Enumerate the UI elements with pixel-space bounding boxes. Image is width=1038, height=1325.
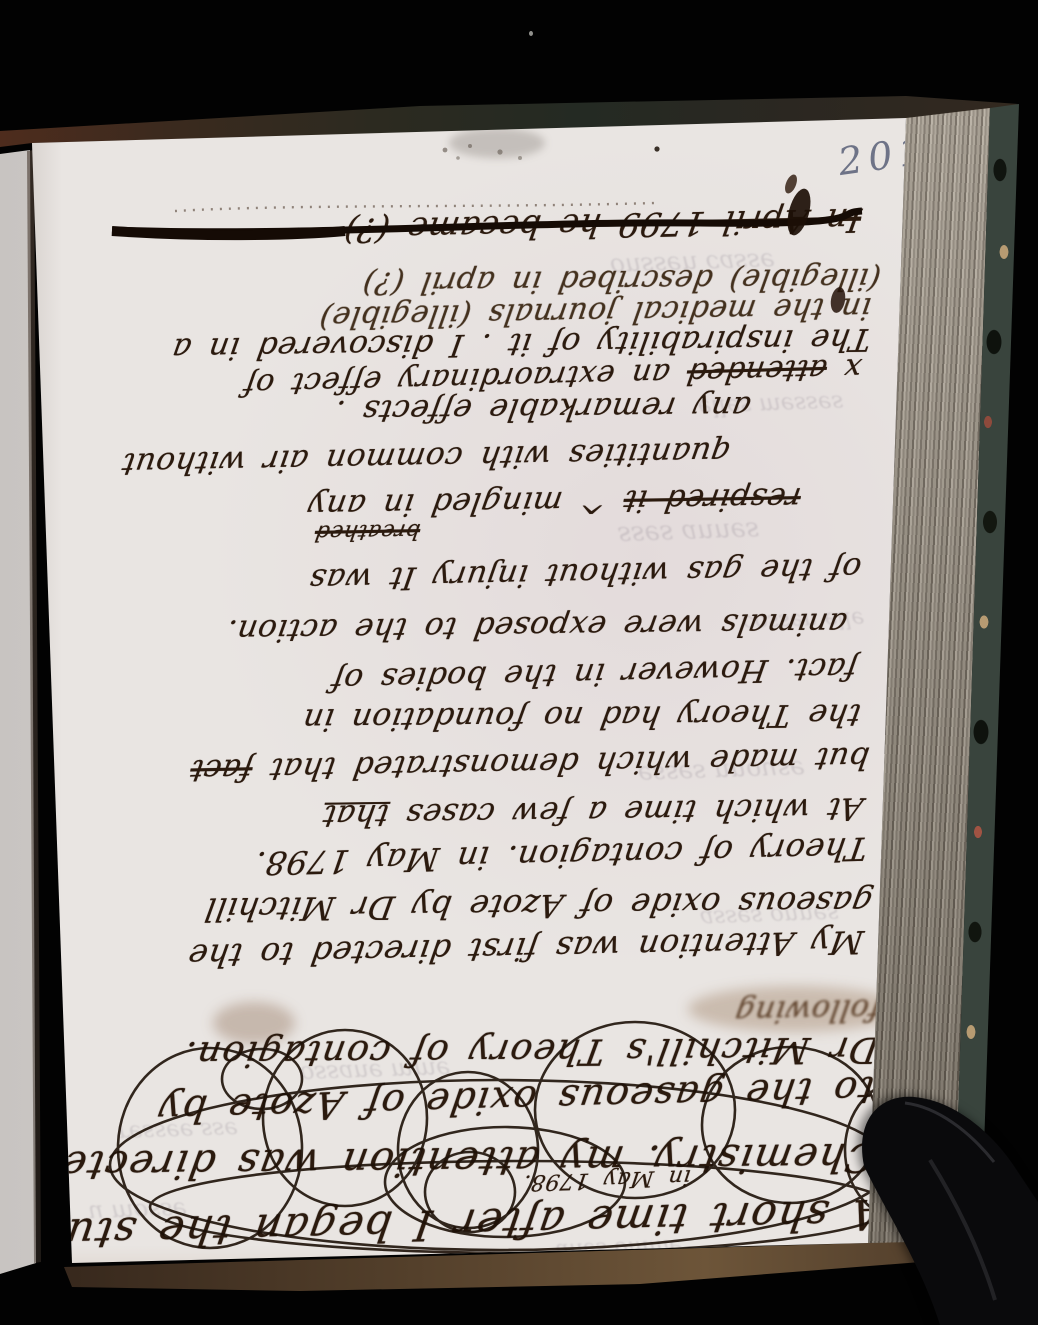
photo-stage: onssen casse elles messes sses annes cos…: [0, 0, 1038, 1325]
dust-speck: [529, 31, 533, 36]
book-weight: [0, 0, 1038, 1325]
